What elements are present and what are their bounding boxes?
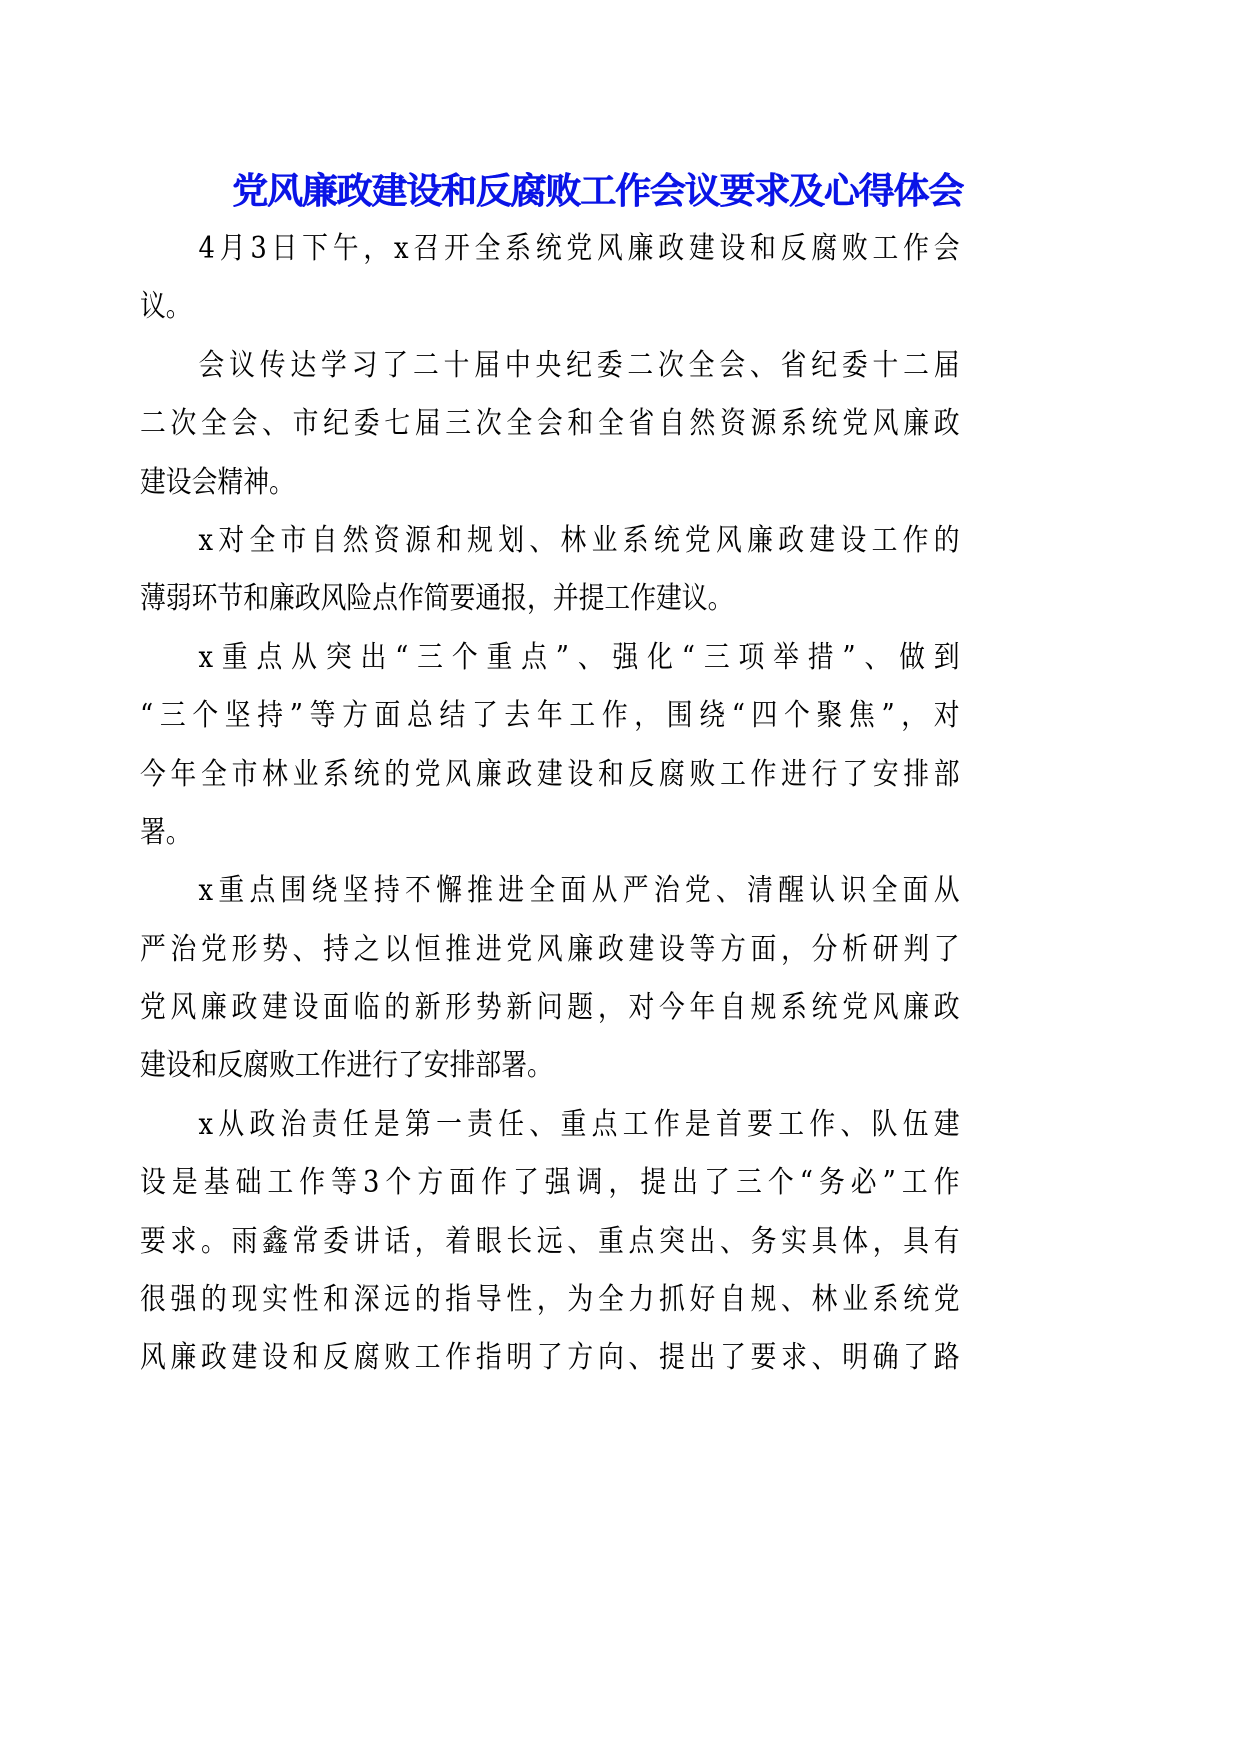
- paragraph-4-line-4: 署。: [140, 804, 960, 862]
- document-body: 4月3日下午，x召开全系统党风廉政建设和反腐败工作会 议。 会议传达学习了二十届…: [140, 220, 960, 1388]
- paragraph-5-line-2: 严治党形势、持之以恒推进党风廉政建设等方面，分析研判了: [140, 921, 960, 979]
- document-title: 党风廉政建设和反腐败工作会议要求及心得体会: [232, 168, 938, 216]
- paragraph-6-line-2: 设是基础工作等3个方面作了强调，提出了三个“务必”工作: [140, 1154, 960, 1212]
- paragraph-4-line-2: “三个坚持”等方面总结了去年工作，围绕“四个聚焦”，对: [140, 687, 960, 745]
- document-page: 党风廉政建设和反腐败工作会议要求及心得体会 4月3日下午，x召开全系统党风廉政建…: [0, 0, 1240, 1754]
- paragraph-6-line-4: 很强的现实性和深远的指导性，为全力抓好自规、林业系统党: [140, 1271, 960, 1329]
- paragraph-2-line-2: 二次全会、市纪委七届三次全会和全省自然资源系统党风廉政: [140, 395, 960, 453]
- paragraph-2-line-1: 会议传达学习了二十届中央纪委二次全会、省纪委十二届: [140, 337, 960, 395]
- paragraph-5-line-4: 建设和反腐败工作进行了安排部署。: [140, 1037, 960, 1095]
- paragraph-1-line-2: 议。: [140, 278, 960, 336]
- paragraph-4-line-3: 今年全市林业系统的党风廉政建设和反腐败工作进行了安排部: [140, 746, 960, 804]
- paragraph-6-line-5: 风廉政建设和反腐败工作指明了方向、提出了要求、明确了路: [140, 1329, 960, 1387]
- paragraph-3-line-2: 薄弱环节和廉政风险点作简要通报，并提工作建议。: [140, 570, 960, 628]
- paragraph-6-line-1: x从政治责任是第一责任、重点工作是首要工作、队伍建: [140, 1096, 960, 1154]
- paragraph-3-line-1: x对全市自然资源和规划、林业系统党风廉政建设工作的: [140, 512, 960, 570]
- paragraph-2-line-3: 建设会精神。: [140, 454, 960, 512]
- paragraph-5-line-3: 党风廉政建设面临的新形势新问题，对今年自规系统党风廉政: [140, 979, 960, 1037]
- paragraph-4-line-1: x重点从突出“三个重点”、强化“三项举措”、做到: [140, 629, 960, 687]
- paragraph-5-line-1: x重点围绕坚持不懈推进全面从严治党、清醒认识全面从: [140, 862, 960, 920]
- paragraph-1-line-1: 4月3日下午，x召开全系统党风廉政建设和反腐败工作会: [140, 220, 960, 278]
- paragraph-6-line-3: 要求。雨鑫常委讲话，着眼长远、重点突出、务实具体，具有: [140, 1213, 960, 1271]
